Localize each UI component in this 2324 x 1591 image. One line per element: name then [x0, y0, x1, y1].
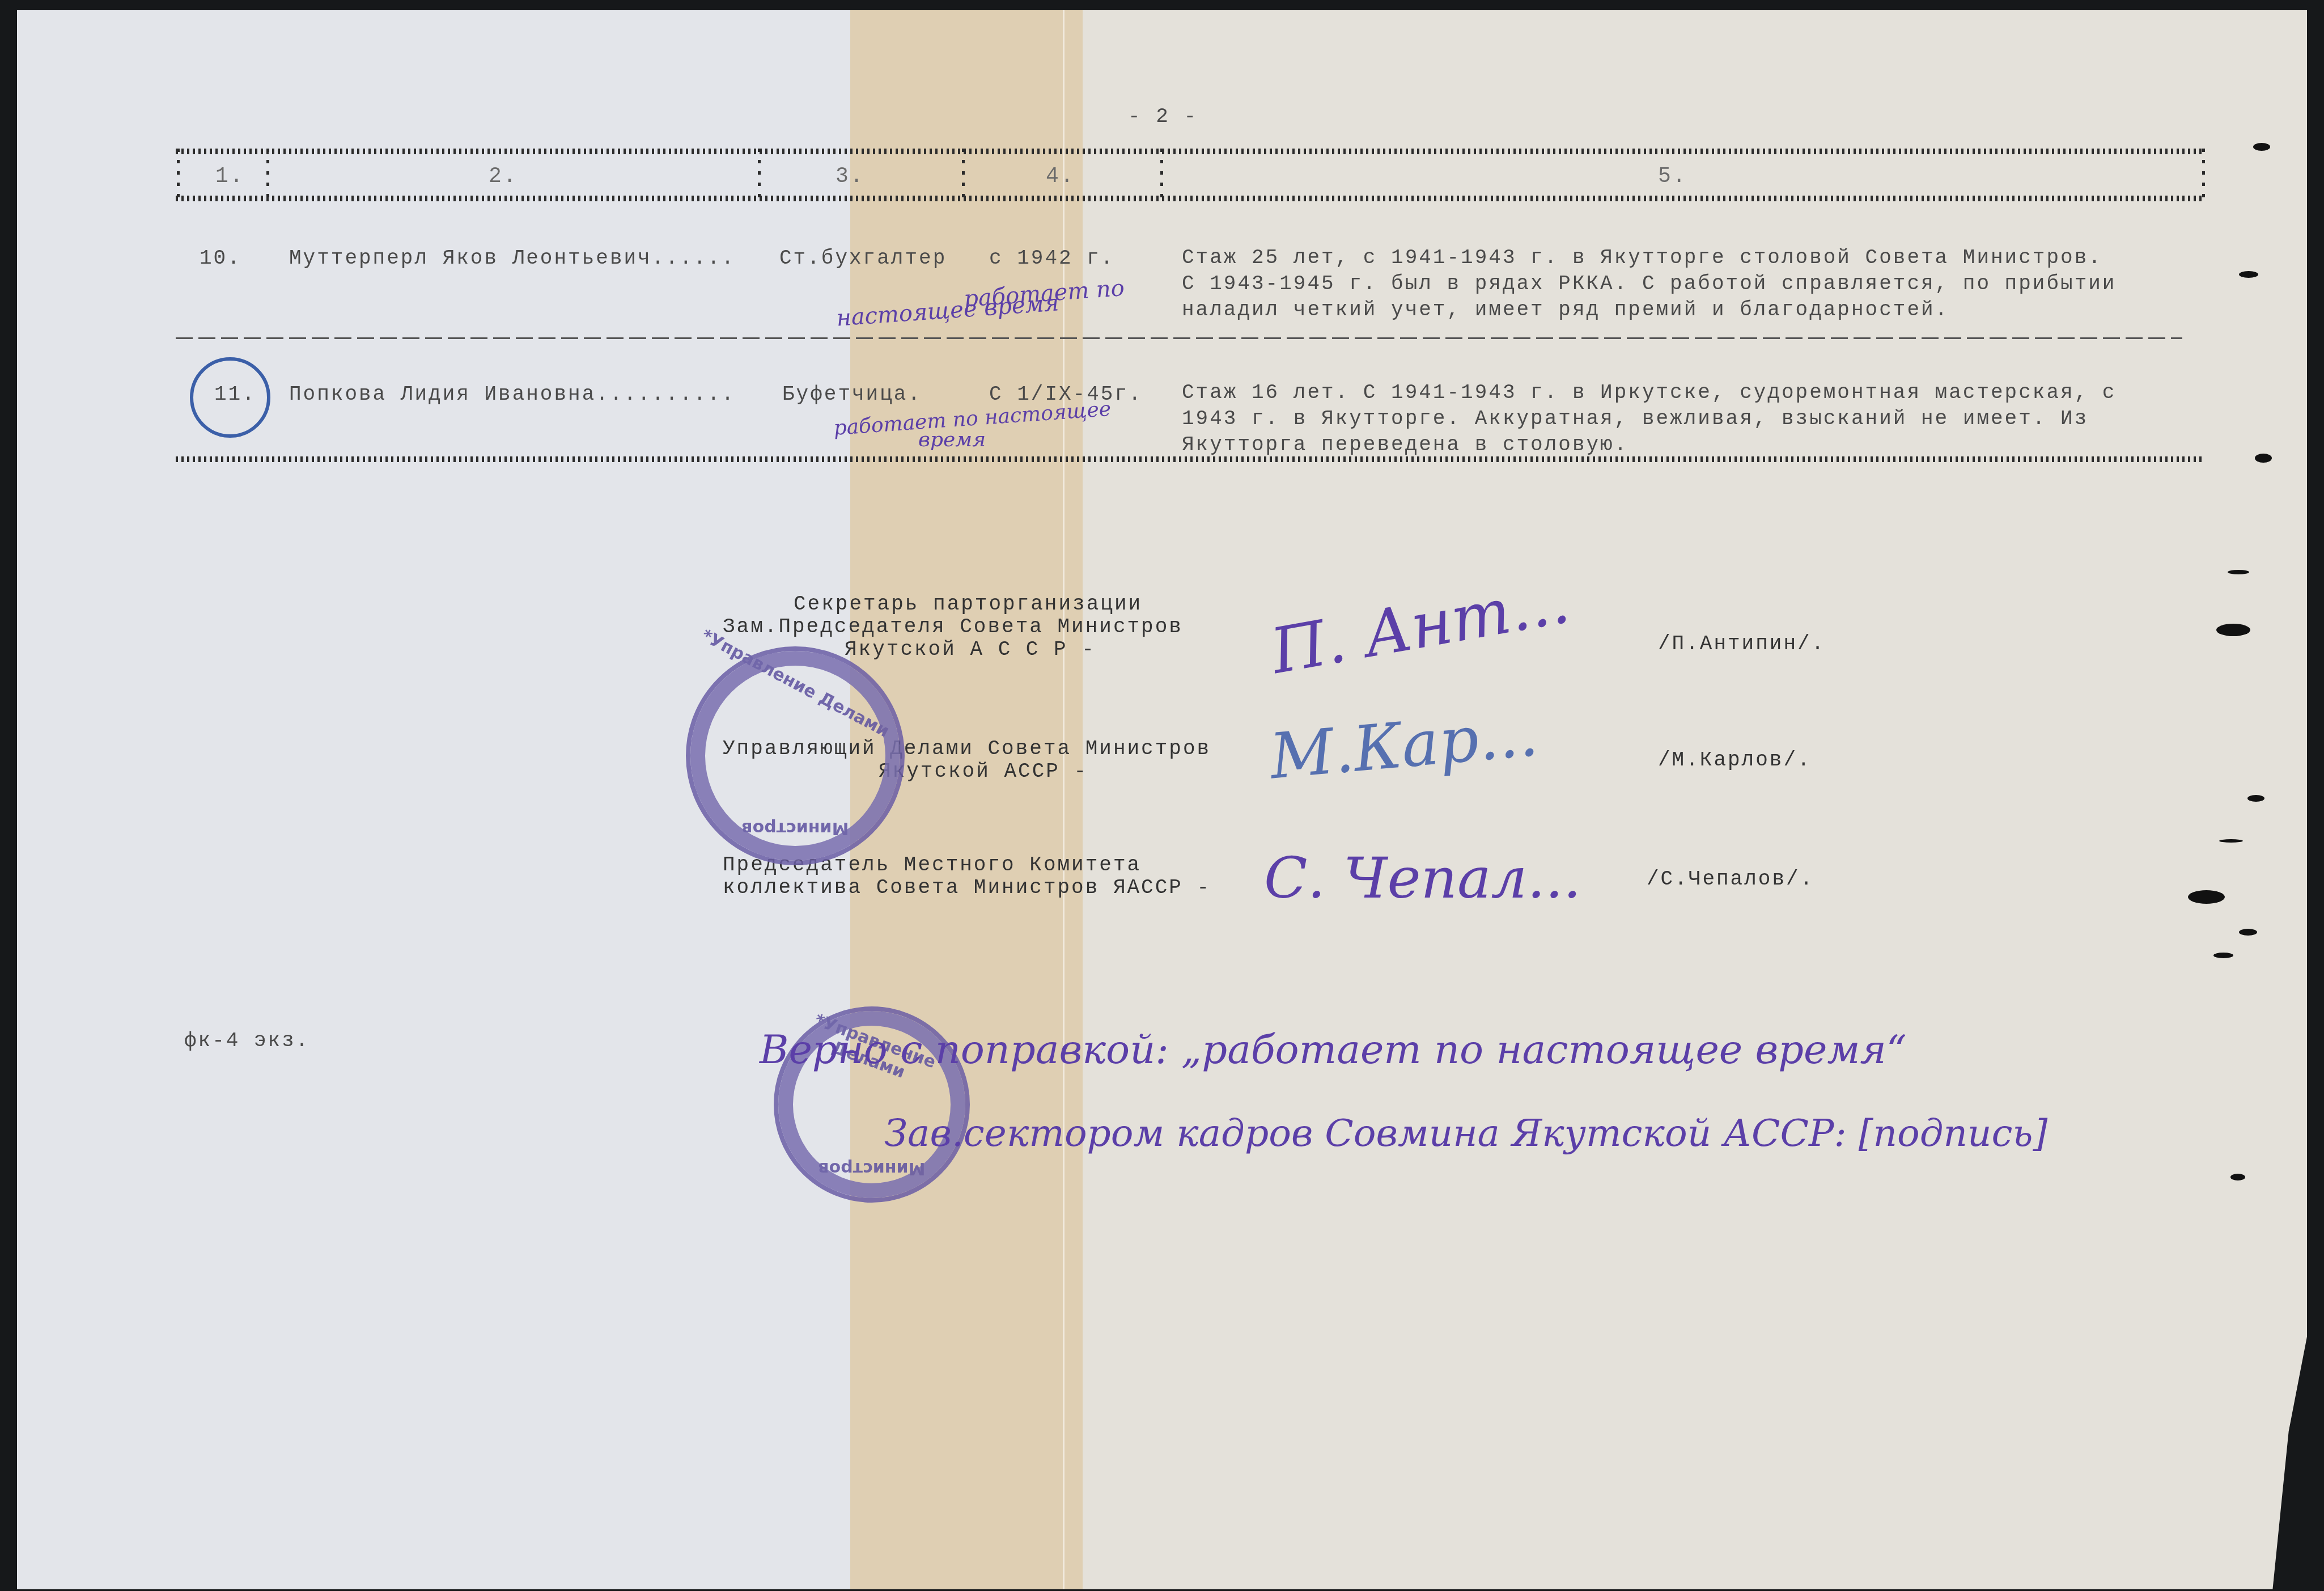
handwritten-signature: С. Чепал... [1264, 845, 1581, 911]
table-col-divider [266, 149, 269, 201]
punch-hole [2253, 143, 2270, 151]
employee-position: Буфетчица. [782, 383, 922, 406]
table-col-divider [1160, 149, 1163, 201]
punch-hole [2219, 839, 2243, 843]
employee-description: Стаж 25 лет, с 1941-1943 г. в Якутторге … [1182, 245, 2116, 323]
stamp-text: Министров [778, 1158, 965, 1178]
table-top-border [176, 149, 2205, 154]
punch-hole [2255, 454, 2272, 463]
row-number: 11. [214, 383, 256, 406]
signatory-name: /С.Чепалов/. [1647, 868, 1814, 891]
table-col-divider [758, 149, 761, 201]
stamp-text: Министров [690, 818, 900, 838]
punch-hole [2213, 953, 2233, 958]
punch-hole [2228, 570, 2249, 574]
column-header-2: 2. [489, 164, 518, 189]
description-line: С 1943-1945 г. был в рядах РККА. С работ… [1182, 271, 2116, 297]
table-header-bottom-border [176, 196, 2205, 201]
description-line: наладил четкий учет, имеет ряд премий и … [1182, 297, 2116, 323]
handwritten-annotation: время [918, 428, 986, 451]
handwritten-certification-line1: Верно с поправкой: „работает по настояще… [760, 1026, 1907, 1073]
column-header-1: 1. [215, 164, 245, 189]
punch-hole [2239, 271, 2258, 278]
employee-description: Стаж 16 лет. С 1941-1943 г. в Иркутске, … [1182, 380, 2116, 458]
punch-hole [2188, 890, 2225, 904]
signatory-name: /П.Антипин/. [1658, 632, 1825, 655]
column-header-5: 5. [1658, 164, 1687, 189]
column-header-4: 4. [1046, 164, 1075, 189]
punch-hole [2239, 929, 2257, 936]
table-col-divider [962, 149, 965, 201]
punch-hole [2230, 1174, 2245, 1180]
table-col-divider [177, 149, 180, 201]
employee-name: Муттерперл Яков Леонтьевич...... [289, 247, 735, 270]
punch-hole [2247, 795, 2264, 802]
employee-name: Попкова Лидия Ивановна.......... [289, 383, 735, 406]
handwritten-certification-line2: Зав.сектором кадров Совмина Якутской АСС… [884, 1111, 2047, 1155]
punch-hole [2216, 624, 2250, 636]
signatory-title: Секретарь парторганизации [794, 593, 1142, 616]
employment-since: с 1942 г. [989, 247, 1114, 270]
description-line: Стаж 25 лет, с 1941-1943 г. в Якутторге … [1182, 245, 2116, 271]
signatory-title: Якутской А С С Р - [845, 638, 1096, 661]
copies-note: фк-4 экз. [184, 1029, 309, 1052]
signatory-name: /М.Карлов/. [1658, 748, 1812, 772]
table-bottom-border [176, 456, 2205, 462]
description-line: Якутторга переведена в столовую. [1182, 432, 2116, 458]
row-number: 10. [200, 247, 241, 270]
description-line: 1943 г. в Якутторге. Аккуратная, вежлива… [1182, 406, 2116, 432]
signatory-title: Зам.Председателя Совета Министров [723, 615, 1183, 638]
description-line: Стаж 16 лет. С 1941-1943 г. в Иркутске, … [1182, 380, 2116, 406]
table-col-divider [2202, 149, 2205, 201]
column-header-3: 3. [836, 164, 865, 189]
signatory-title: Якутской АССР - [879, 760, 1088, 783]
official-seal-stamp: *Управление Делами Министров [686, 646, 905, 865]
employee-position: Ст.бухгалтер [779, 247, 947, 270]
page-number: - 2 - [1128, 105, 1198, 128]
row-separator [176, 337, 2182, 339]
signatory-title: коллектива Совета Министров ЯАССР - [723, 876, 1211, 899]
